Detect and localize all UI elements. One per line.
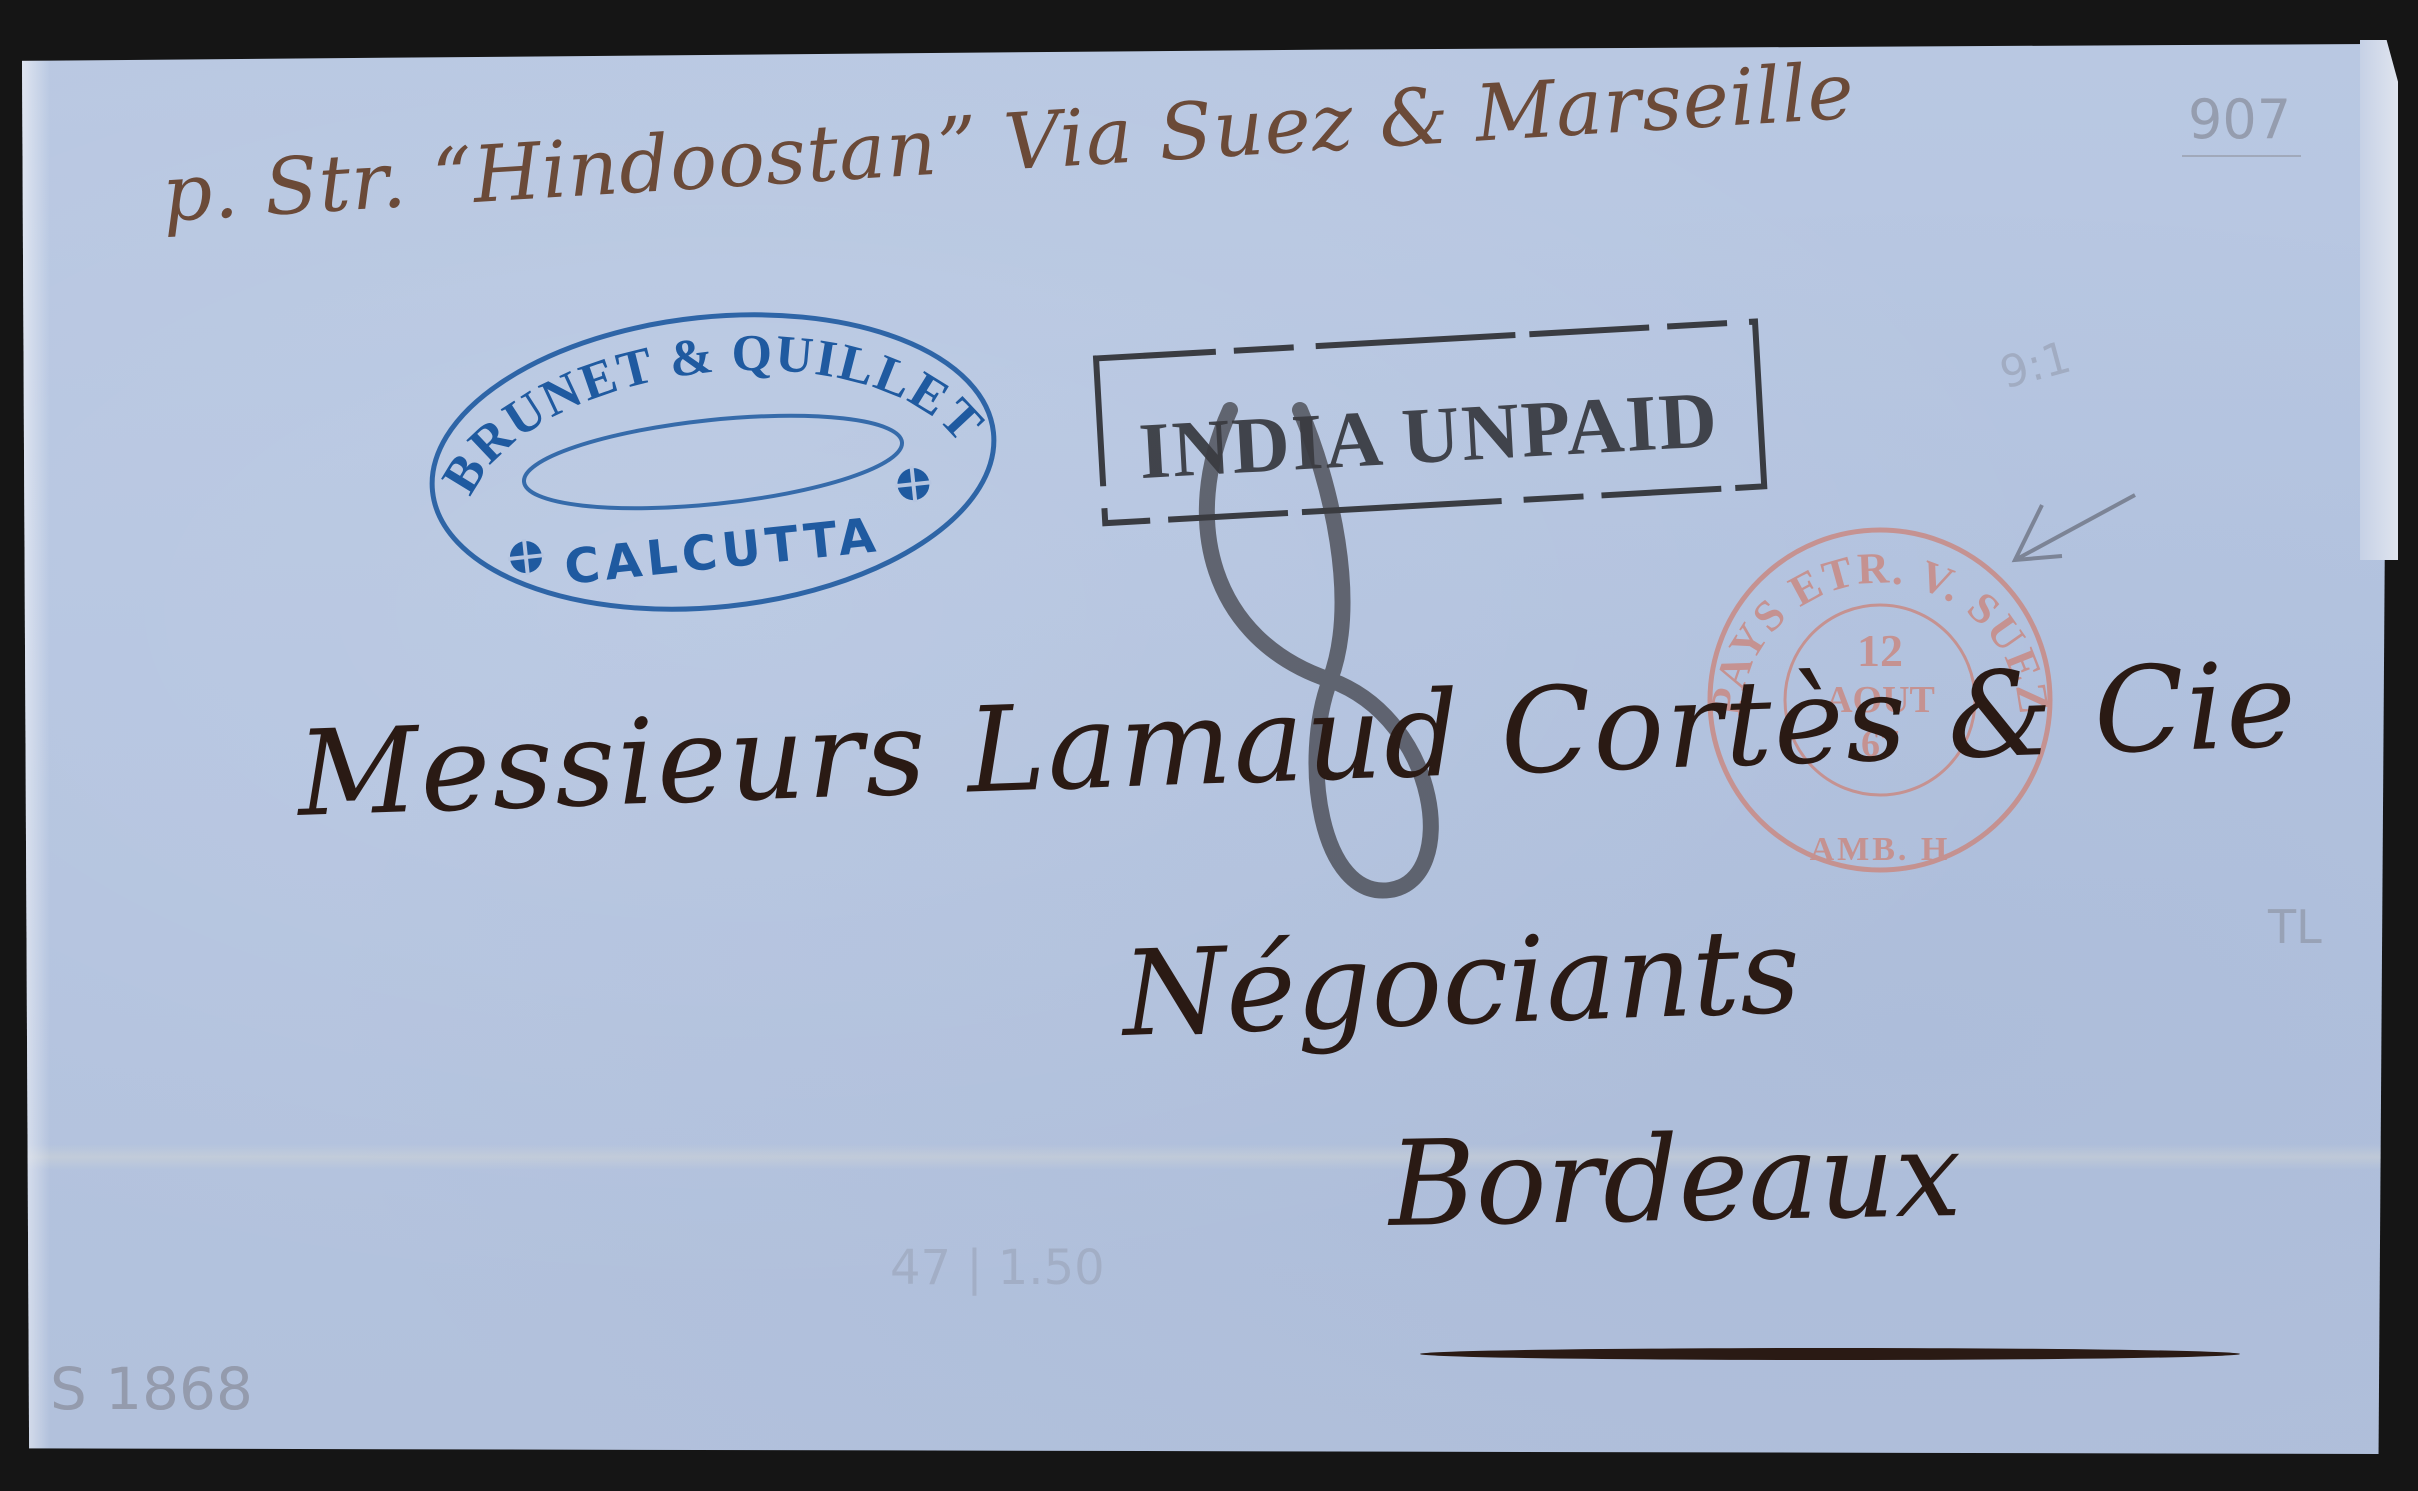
sender-oval-handstamp: BRUNET & QUILLET CALCUTTA: [417, 288, 1012, 636]
datestamp-bottom-text: AMB. H: [1810, 831, 1951, 868]
india-unpaid-handstamp: INDIA UNPAID: [1096, 322, 1764, 524]
address-line-3: Bordeaux: [1388, 1105, 1963, 1253]
cross-flower-icon: [894, 464, 934, 504]
address-underline: [1420, 1348, 2240, 1360]
address-line-2: Négociants: [1120, 901, 1802, 1063]
cross-flower-icon: [506, 537, 546, 577]
pencil-arrow-icon: [2015, 495, 2135, 560]
